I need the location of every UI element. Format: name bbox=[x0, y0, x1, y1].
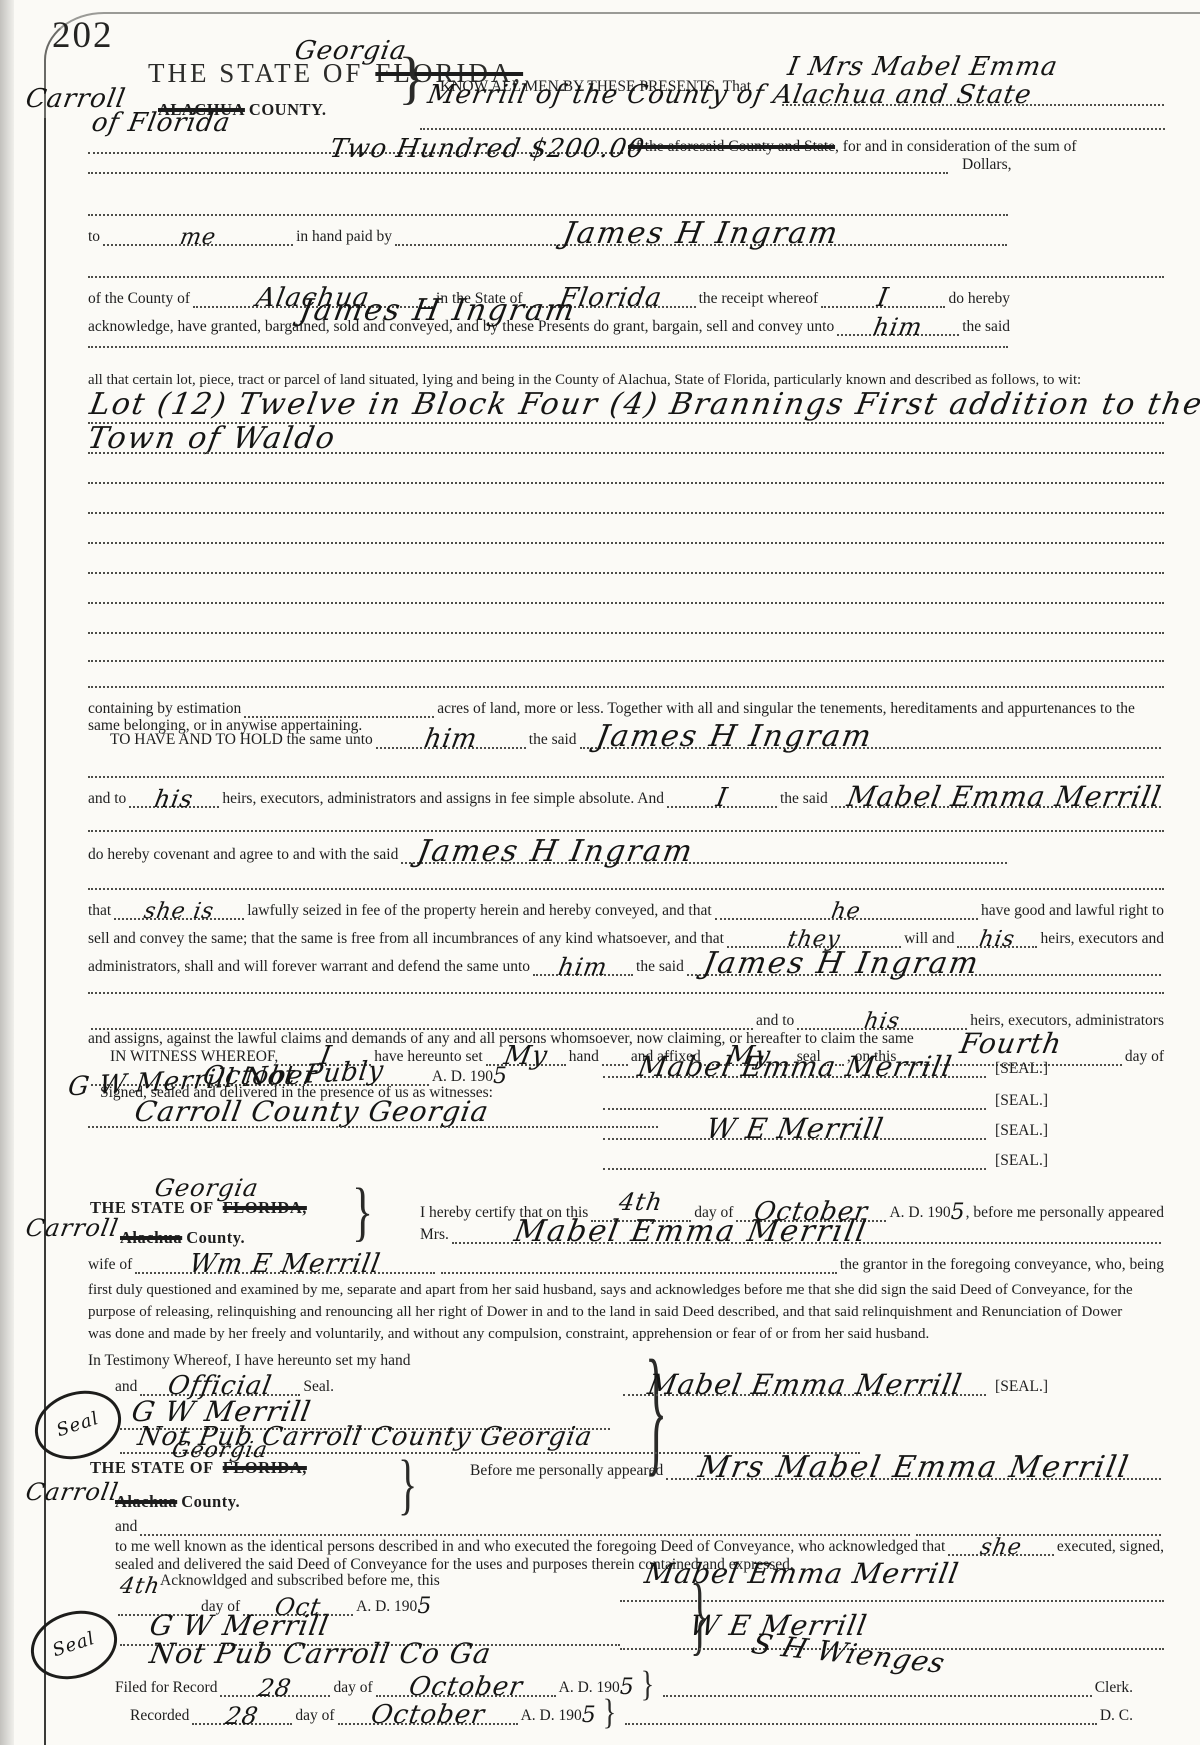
handwritten-he: he bbox=[830, 901, 863, 923]
recorded-row: Recorded 28 day of October A. D. 190 5 }… bbox=[130, 1700, 1133, 1725]
handwritten-grantor-line2: Merrill of the County of Alachua and Sta… bbox=[426, 82, 1034, 108]
handwritten-ingram: James H Ingram bbox=[701, 949, 982, 979]
receipt-label: the receipt whereof bbox=[699, 290, 819, 308]
handwritten-i: I bbox=[714, 785, 730, 811]
fill-line bbox=[88, 776, 1164, 778]
seal-bracket-label: [SEAL.] bbox=[995, 1152, 1048, 1170]
day-of-label: day of bbox=[1125, 1048, 1164, 1066]
sell-clause: sell and convey the same; that the same … bbox=[88, 930, 724, 948]
handwritten-georgia: Georgia bbox=[153, 1176, 261, 1200]
handwritten-year5: 5 bbox=[493, 1066, 508, 1088]
fill-line bbox=[88, 660, 1164, 662]
seal-word-label: Seal. bbox=[303, 1378, 334, 1396]
recorded-label: Recorded bbox=[130, 1707, 189, 1725]
dower-paragraph-3: was done and made by her freely and volu… bbox=[88, 1326, 929, 1343]
county-label: County. bbox=[186, 1228, 245, 1247]
known-clause: to me well known as the identical person… bbox=[115, 1538, 945, 1556]
day-of-label: day of bbox=[333, 1679, 372, 1697]
fill-line bbox=[88, 686, 1164, 688]
handwritten-description-line2: Town of Waldo bbox=[85, 424, 338, 454]
grantor-clause: the grantor in the foregoing conveyance,… bbox=[840, 1256, 1164, 1274]
fill-line bbox=[88, 572, 1164, 574]
handwritten-mabel: Mabel Emma Merrill bbox=[512, 1217, 870, 1247]
handwritten-carroll: Carroll bbox=[24, 1216, 121, 1240]
and-label: and bbox=[115, 1378, 137, 1396]
handwritten-october: October bbox=[369, 1702, 487, 1728]
fill-line: him bbox=[533, 971, 633, 976]
handwritten-amount: Two Hundred $200.00 bbox=[328, 136, 647, 162]
heirs-row: and to his heirs, executors, administrat… bbox=[88, 790, 1164, 808]
wife-of-row: wife of Wm E Merrill the grantor in the … bbox=[88, 1256, 1164, 1274]
handwritten-me: me bbox=[178, 227, 218, 249]
recorded-brace: } bbox=[603, 1696, 616, 1729]
filed-brace: } bbox=[641, 1668, 654, 1701]
stamp-seal-text: Seal bbox=[55, 1410, 102, 1441]
fill-line: she bbox=[948, 1551, 1054, 1556]
filed-label: Filed for Record bbox=[115, 1679, 217, 1697]
paid-by-row: to me in hand paid by James H Ingram bbox=[88, 228, 1010, 246]
fill-line: James H Ingram bbox=[687, 971, 1161, 976]
fill-line: 28 bbox=[192, 1720, 292, 1725]
fill-line bbox=[88, 542, 1164, 544]
handwritten-grantor-line3: of Florida bbox=[90, 110, 233, 136]
heirs-clause: heirs, executors, administrators and ass… bbox=[222, 790, 664, 808]
handwritten-witness2: Carroll County Georgia bbox=[133, 1098, 492, 1126]
handwritten-description-line1: Lot (12) Twelve in Block Four (4) Branni… bbox=[87, 390, 1200, 420]
clerk-signature: S H Wienges bbox=[749, 1630, 949, 1678]
handwritten-carroll: Carroll bbox=[24, 1480, 121, 1504]
handwritten-grantee-ingram: James H Ingram bbox=[297, 296, 578, 326]
handwritten-merrill: Mabel Emma Merrill bbox=[845, 783, 1164, 811]
ad-label: A. D. 190 bbox=[889, 1204, 950, 1222]
state-of-label: THE STATE OF bbox=[90, 1458, 214, 1477]
deed-record-page: 202 Georgia THE STATE OF FLORIDA, } Carr… bbox=[0, 0, 1200, 1745]
before-me-row: Before me personally appeared Mrs Mabel … bbox=[470, 1462, 1164, 1480]
do-hereby-label: do hereby bbox=[948, 290, 1010, 308]
seal-row-2: [SEAL.] bbox=[600, 1092, 1048, 1110]
notary-title: Not Pub Carroll Co Ga bbox=[148, 1640, 494, 1668]
fill-line bbox=[916, 1531, 1161, 1536]
right-to-clause: have good and lawful right to bbox=[981, 902, 1164, 920]
containing-label: containing by estimation bbox=[88, 700, 241, 718]
and-row: and bbox=[115, 1518, 1164, 1536]
of-county-label: of the County of bbox=[88, 290, 190, 308]
appeared-label: Before me personally appeared bbox=[470, 1462, 663, 1480]
fill-line: 28 bbox=[220, 1692, 330, 1697]
mrs-label: Mrs. bbox=[420, 1226, 449, 1244]
fill-line bbox=[88, 1126, 658, 1128]
handwritten-payer-ingram: James H Ingram bbox=[560, 219, 841, 249]
the-said-label: the said bbox=[962, 318, 1010, 336]
fill-line: October bbox=[338, 1720, 518, 1725]
handwritten-4th: 4th bbox=[118, 1576, 162, 1598]
seal-row-4: [SEAL.] bbox=[600, 1152, 1048, 1170]
stamp-seal-text: Seal bbox=[51, 1630, 98, 1661]
fill-line: me bbox=[103, 241, 293, 246]
fill-line bbox=[88, 452, 1164, 454]
page-number: 202 bbox=[52, 14, 114, 57]
fill-line: Mabel Emma Merrill bbox=[831, 803, 1161, 808]
fill-line bbox=[88, 888, 1164, 890]
handwritten-year5: 5 bbox=[951, 1202, 966, 1224]
fill-line: I bbox=[821, 303, 945, 308]
dc-label: D. C. bbox=[1100, 1707, 1133, 1725]
fill-line: I bbox=[667, 803, 777, 808]
spouse-signature: W E Merrill bbox=[704, 1115, 886, 1143]
hand-label: hand bbox=[569, 1048, 599, 1066]
heirs-exec-label: heirs, executors and bbox=[1040, 930, 1164, 948]
handwritten-she-is: she is bbox=[142, 901, 216, 923]
fill-line bbox=[88, 830, 1164, 832]
dollars-label: Dollars, bbox=[962, 156, 1012, 174]
fill-line: W E Merrill bbox=[603, 1135, 986, 1140]
admins-clause: administrators, shall and will forever w… bbox=[88, 958, 530, 976]
notary-signature: G W Merrill bbox=[148, 1612, 332, 1640]
state-name-struck: FLORIDA, bbox=[223, 1198, 307, 1217]
dower-seal-row: Mabel Emma Merrill [SEAL.] bbox=[620, 1378, 1048, 1396]
ad-label: A. D. 190 bbox=[521, 1707, 582, 1725]
handwritten-year5: 5 bbox=[417, 1596, 432, 1618]
seal-row-3: W E Merrill [SEAL.] bbox=[600, 1122, 1048, 1140]
fill-line: him bbox=[837, 331, 959, 336]
fill-line bbox=[88, 346, 1008, 348]
state-heading-3: THE STATE OF FLORIDA, bbox=[90, 1458, 307, 1478]
handwritten-year5: 5 bbox=[620, 1677, 635, 1699]
filed-row: Filed for Record 28 day of October A. D.… bbox=[115, 1672, 1133, 1697]
fill-line bbox=[625, 1720, 1097, 1725]
seized-clause: lawfully seized in fee of the property h… bbox=[247, 902, 711, 920]
and-to-label: and to bbox=[756, 1012, 794, 1030]
the-said-label: the said bbox=[636, 958, 684, 976]
consideration-text: , for and in consideration of the sum of bbox=[835, 138, 1076, 155]
fill-line bbox=[88, 512, 1164, 514]
seal-row-1: Mabel Emma Merrill [SEAL.] bbox=[600, 1060, 1048, 1078]
handwritten-year5: 5 bbox=[582, 1705, 597, 1727]
caption-brace: } bbox=[352, 1182, 373, 1241]
assigns-clause: and assigns, against the lawful claims a… bbox=[88, 1030, 914, 1048]
testimony-clause: In Testimony Whereof, I have hereunto se… bbox=[88, 1352, 410, 1370]
handwritten-october: October bbox=[407, 1674, 525, 1700]
fill-line: him bbox=[376, 744, 526, 749]
fill-line bbox=[663, 1692, 1091, 1697]
fill-line bbox=[88, 632, 1164, 634]
and-to-label: and to bbox=[88, 790, 126, 808]
appeared-clause: , before me personally appeared bbox=[966, 1204, 1164, 1222]
notary-seal-stamp: Seal bbox=[22, 1600, 126, 1690]
mrs-row: Mrs. Mabel Emma Merrill bbox=[420, 1226, 1164, 1244]
state-heading-2: THE STATE OF FLORIDA, bbox=[90, 1198, 307, 1218]
seal-bracket-label: [SEAL.] bbox=[995, 1060, 1048, 1078]
fill-line bbox=[88, 482, 1164, 484]
day-of-label: day of bbox=[295, 1707, 334, 1725]
acknowledged-clause: Acknowldged and subscribed before me, th… bbox=[160, 1572, 440, 1590]
handwritten-i: I bbox=[875, 285, 891, 311]
testimony-brace: } bbox=[645, 1346, 667, 1474]
fill-line: James H Ingram bbox=[395, 241, 1007, 246]
fill-line: she is bbox=[114, 915, 244, 920]
fill-line: October bbox=[376, 1692, 556, 1697]
county-name-struck: Alachua bbox=[120, 1228, 182, 1247]
fill-line bbox=[88, 992, 1164, 994]
handwritten-fourth: Fourth bbox=[957, 1030, 1063, 1058]
handwritten-him: him bbox=[422, 726, 479, 752]
to-label: to bbox=[88, 228, 100, 246]
book-binding-edge bbox=[0, 0, 14, 1745]
handwritten-his: his bbox=[153, 787, 196, 811]
the-said-label: the said bbox=[780, 790, 828, 808]
seal-bracket-label: [SEAL.] bbox=[995, 1378, 1048, 1396]
official-seal-row: and Official Seal. bbox=[115, 1378, 455, 1396]
fill-line bbox=[603, 1165, 986, 1170]
admins-row: administrators, shall and will forever w… bbox=[88, 958, 1164, 976]
grantor-signature: Mabel Emma Merrill bbox=[645, 1371, 964, 1399]
and-label: and bbox=[115, 1518, 137, 1536]
containing-row: containing by estimation acres of land, … bbox=[88, 700, 1164, 718]
handwritten-day-28: 28 bbox=[224, 1704, 261, 1728]
county-heading-2: Alachua County. bbox=[120, 1228, 245, 1248]
ad-label: A. D. 190 bbox=[356, 1598, 417, 1616]
executed-label: executed, signed, bbox=[1057, 1538, 1164, 1556]
handwritten-grantor-line1: I Mrs Mabel Emma bbox=[786, 54, 1060, 80]
to-have-row: TO HAVE AND TO HOLD the same unto him th… bbox=[88, 731, 1164, 749]
handwritten-ingram: James H Ingram bbox=[415, 837, 696, 867]
county-heading-3: Alachua County. bbox=[115, 1492, 240, 1512]
handwritten-ingram: James H Ingram bbox=[594, 722, 875, 752]
fill-line bbox=[88, 214, 1008, 216]
fill-line: Mabel Emma Merrill bbox=[603, 1073, 986, 1078]
set-label: have hereunto set bbox=[374, 1048, 482, 1066]
handwritten-him: him bbox=[872, 315, 925, 339]
fill-line: Wm E Merrill bbox=[135, 1269, 435, 1274]
fill-line: Mabel Emma Merrill bbox=[623, 1391, 986, 1396]
handwritten-wm-merrill: Wm E Merrill bbox=[188, 1251, 383, 1277]
handwritten-his: his bbox=[978, 929, 1017, 951]
dower-paragraph-2: purpose of releasing, relinquishing and … bbox=[88, 1304, 1122, 1321]
caption-brace: } bbox=[398, 52, 426, 104]
fill-line: his bbox=[129, 803, 219, 808]
covenant-row: do hereby covenant and agree to and with… bbox=[88, 846, 1010, 864]
to-have-clause: TO HAVE AND TO HOLD the same unto bbox=[110, 731, 373, 749]
fill-line: Mrs Mabel Emma Merrill bbox=[666, 1475, 1161, 1480]
seal-bracket-label: [SEAL.] bbox=[995, 1092, 1048, 1110]
that-label: that bbox=[88, 902, 111, 920]
in-hand-label: in hand paid by bbox=[296, 228, 392, 246]
handwritten-day-28: 28 bbox=[257, 1676, 294, 1700]
handwritten-him: him bbox=[556, 955, 609, 979]
handwritten-my: My bbox=[502, 1043, 550, 1069]
fill-line bbox=[420, 128, 1165, 130]
county-name-struck: Alachua bbox=[115, 1492, 177, 1511]
fill-line bbox=[88, 276, 1164, 278]
clerk-label: Clerk. bbox=[1095, 1679, 1133, 1697]
sell-row: sell and convey the same; that the same … bbox=[88, 930, 1164, 948]
known-row: to me well known as the identical person… bbox=[115, 1538, 1164, 1556]
handwritten-4th: 4th bbox=[617, 1190, 665, 1214]
grantor-signature: Mabel Emma Merrill bbox=[635, 1053, 954, 1081]
state-name-struck: FLORIDA, bbox=[223, 1458, 307, 1477]
fill-line bbox=[140, 1531, 910, 1536]
fill-line: he bbox=[715, 915, 978, 920]
seal-bracket-label: [SEAL.] bbox=[995, 1122, 1048, 1140]
fill-line bbox=[603, 1105, 986, 1110]
fill-line: Mabel Emma Merrill bbox=[452, 1239, 1161, 1244]
handwritten-she: she bbox=[978, 1537, 1023, 1559]
the-said-label: the said bbox=[529, 731, 577, 749]
fill-line bbox=[88, 172, 948, 174]
handwritten-mrs-mabel: Mrs Mabel Emma Merrill bbox=[696, 1453, 1132, 1483]
county-label: COUNTY. bbox=[249, 100, 327, 119]
caption-brace: } bbox=[398, 1454, 417, 1515]
fill-line: James H Ingram bbox=[580, 744, 1161, 749]
seized-row: that she is lawfully seized in fee of th… bbox=[88, 902, 1164, 920]
dower-paragraph-1: first duly questioned and examined by me… bbox=[88, 1282, 1133, 1299]
consideration-clause: of the aforesaid County and State, for a… bbox=[628, 138, 1077, 156]
fill-line bbox=[88, 602, 1164, 604]
wife-of-label: wife of bbox=[88, 1256, 132, 1274]
county-label: County. bbox=[181, 1492, 240, 1511]
acres-clause: acres of land, more or less. Together wi… bbox=[437, 700, 1135, 718]
covenant-clause: do hereby covenant and agree to and with… bbox=[88, 846, 398, 864]
fill-line bbox=[441, 1269, 837, 1274]
state-of-label: THE STATE OF bbox=[148, 58, 363, 88]
struck-aforesaid-text: of the aforesaid County and State bbox=[628, 138, 835, 155]
fill-line: James H Ingram bbox=[401, 859, 1007, 864]
